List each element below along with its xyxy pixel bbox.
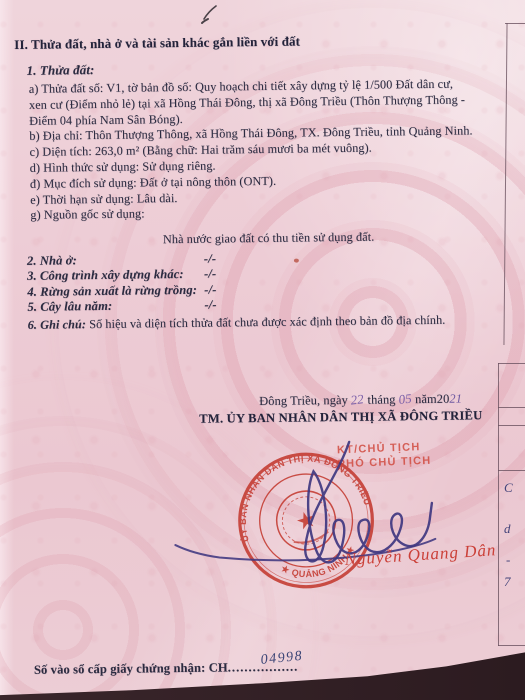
issue-day-handwritten: 22 — [350, 391, 365, 408]
registry-prefix: Số vào sổ cấp giấy chứng nhận: CH — [34, 660, 228, 676]
year-label: năm — [415, 392, 437, 406]
issue-date-line: Đông Triều, ngày 22 tháng 05 năm2021 — [196, 390, 525, 410]
note-row: 6. Ghi chú: Số hiệu và diện tích thửa đấ… — [28, 312, 506, 333]
note-label: 6. Ghi chú: — [28, 317, 86, 332]
document-content: II. Thửa đất, nhà ở và tài sản khác gắn … — [0, 0, 525, 700]
year-printed: 20 — [437, 392, 450, 406]
asset-value: -/- — [204, 298, 216, 313]
land-origin-value: Nhà nước giao đất có thu tiền sử dụng đấ… — [0, 228, 525, 250]
ink-speck — [294, 259, 299, 263]
issue-place: Đông Triều, ngày — [259, 393, 348, 408]
asset-label: 5. Cây lâu năm: — [27, 299, 112, 314]
asset-value: -/- — [204, 252, 216, 267]
note-text: Số hiệu và diện tích thửa đất chưa được … — [86, 313, 446, 331]
asset-value: -/- — [204, 282, 216, 297]
issue-year-handwritten: 21 — [449, 392, 462, 406]
certificate-page: C d - 7 II. Thửa đất, nhà ở và tài sản k… — [0, 0, 525, 700]
asset-label: 4. Rừng sản xuất là rừng trồng: — [27, 283, 197, 299]
other-assets-list: 2. Nhà ở: -/- 3. Công trình xây dựng khá… — [27, 249, 448, 316]
registry-number-line: Số vào sổ cấp giấy chứng nhận: CH.......… — [34, 660, 299, 678]
dotted-line: ...... — [228, 660, 253, 674]
issue-month-handwritten: 05 — [398, 391, 413, 408]
registry-number-slot: ...........04998 — [253, 660, 299, 676]
parcel-details: a) Thửa đất số: V1, tờ bản đồ số: Quy ho… — [29, 76, 479, 224]
subsection-title: 1. Thửa đất: — [26, 62, 94, 79]
section-title: II. Thửa đất, nhà ở và tài sản khác gắn … — [14, 34, 300, 53]
month-label: tháng — [367, 392, 395, 406]
asset-label: 3. Công trình xây dựng khác: — [27, 267, 184, 283]
asset-value: -/- — [204, 267, 216, 282]
asset-label: 2. Nhà ở: — [27, 253, 77, 268]
